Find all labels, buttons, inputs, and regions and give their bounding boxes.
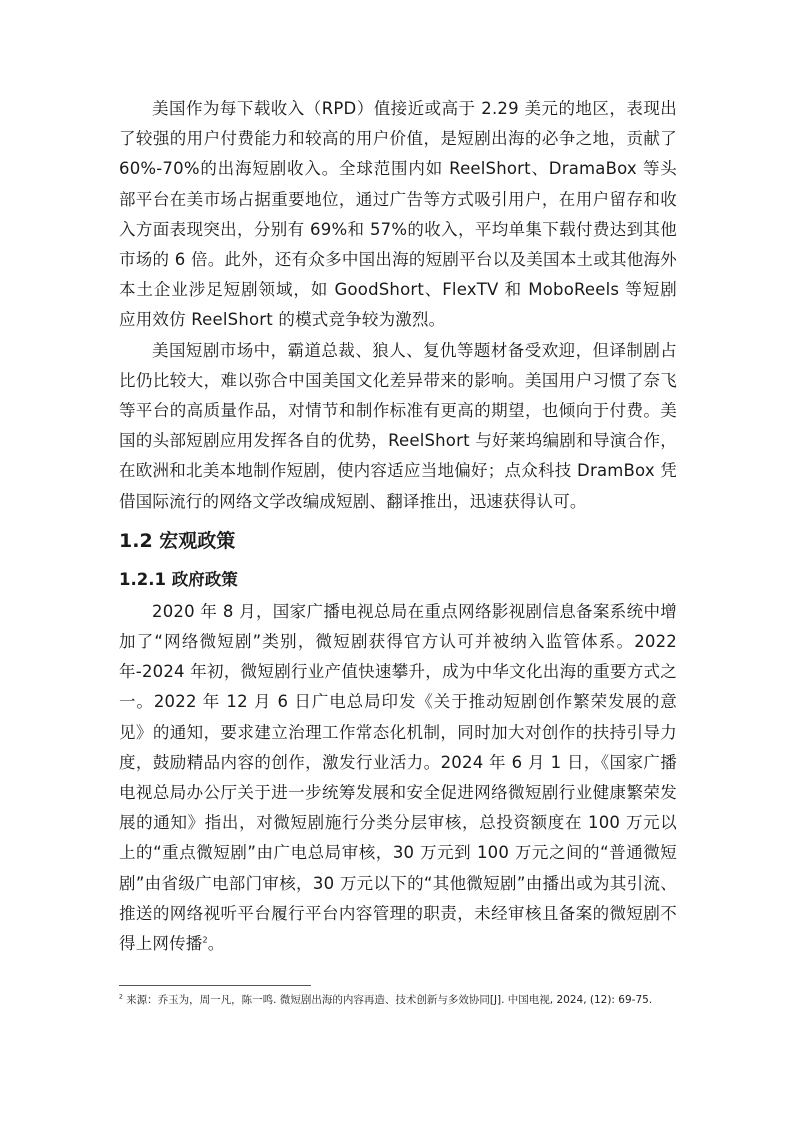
footnote-number: 2 (119, 994, 123, 1001)
policy-text-end: 。 (208, 934, 225, 953)
footnote-divider (119, 985, 311, 986)
paragraph-us-market-genres: 美国短剧市场中，霸道总裁、狼人、复仇等题材备受欢迎，但译制剧占比仍比较大，难以弥… (119, 336, 677, 517)
document-page: 美国作为每下载收入（RPD）值接近或高于 2.29 美元的地区，表现出了较强的用… (119, 94, 677, 959)
paragraph-government-policy: 2020 年 8 月，国家广播电视总局在重点网络影视剧信息备案系统中增加了“网络… (119, 597, 677, 959)
subsection-heading: 1.2.1 政府政策 (119, 563, 677, 597)
footnote: 2 来源：乔玉为，周一凡，陈一鸣. 微短剧出海的内容再造、技术创新与多效协同[J… (119, 993, 659, 1008)
policy-text: 2020 年 8 月，国家广播电视总局在重点网络影视剧信息备案系统中增加了“网络… (119, 602, 677, 953)
footnote-text: 来源：乔玉为，周一凡，陈一鸣. 微短剧出海的内容再造、技术创新与多效协同[J].… (126, 994, 652, 1006)
paragraph-us-market-revenue: 美国作为每下载收入（RPD）值接近或高于 2.29 美元的地区，表现出了较强的用… (119, 94, 677, 336)
section-heading: 1.2 宏观政策 (119, 523, 677, 559)
